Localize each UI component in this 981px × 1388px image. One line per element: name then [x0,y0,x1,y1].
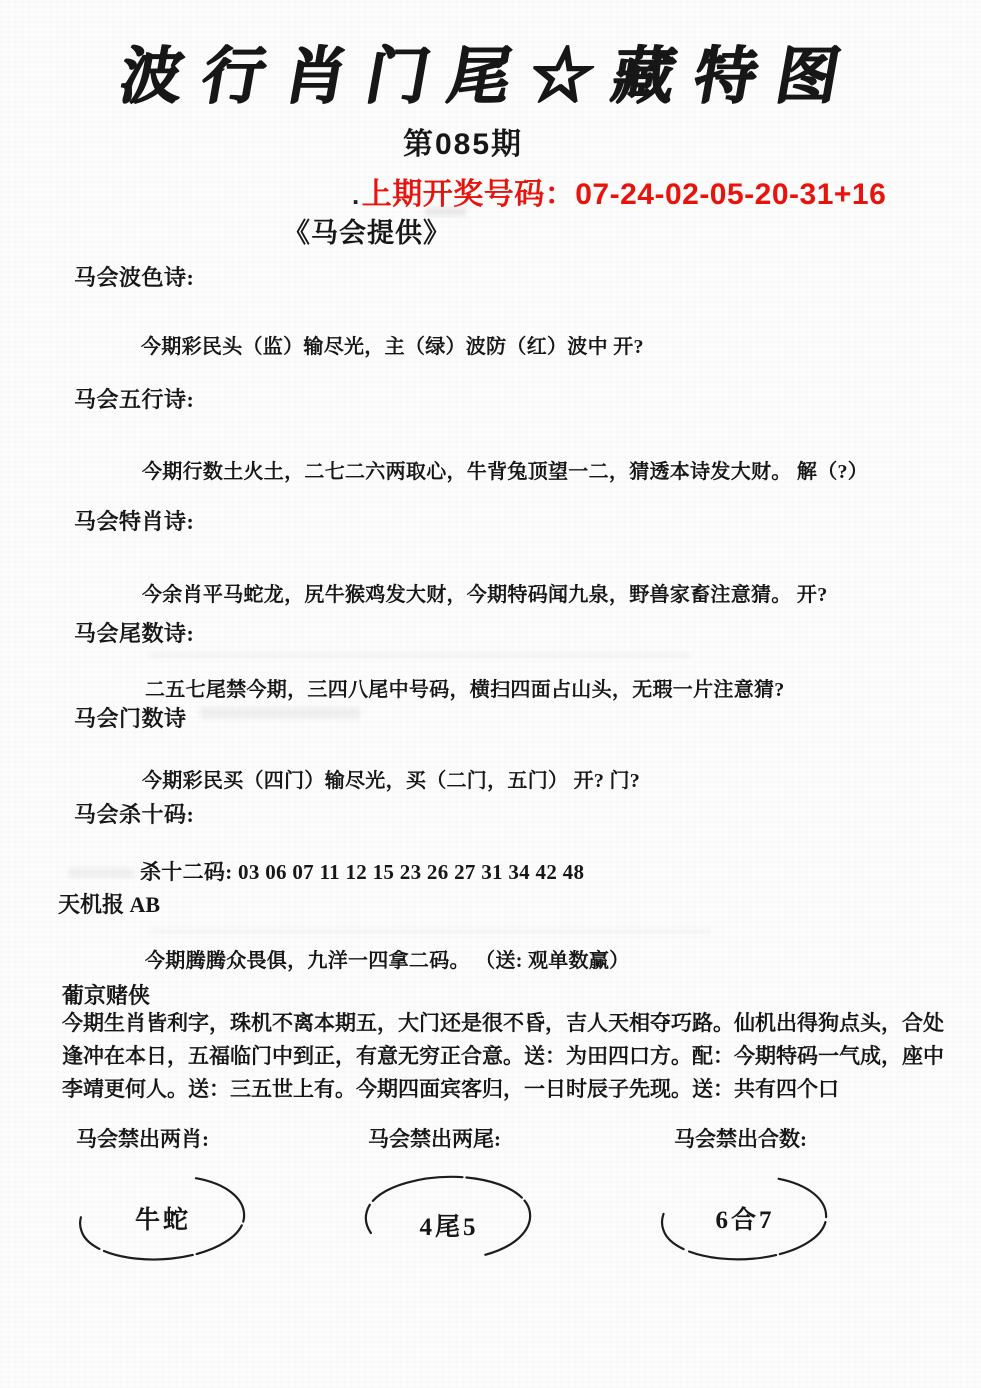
section-heading-bose: 马会波色诗: [74,261,194,292]
last-draw-numbers: 上期开奖号码：07-24-02-05-20-31+16 [362,178,887,211]
lottery-sheet-page: 波行肖门尾☆藏特图 第085期 .上期开奖号码：07-24-02-05-20-3… [0,0,981,1388]
forbidden-value-sum: 6合7 [652,1200,838,1236]
pujing-line: 逢冲在本日，五福临门中到正，有意无穷正合意。送：为田四口方。配：今期特码一气成，… [62,1040,944,1070]
scan-artifact [150,928,710,934]
forbidden-oval-sum: 6合7 [652,1172,838,1264]
scan-artifact [200,707,360,719]
section-verse-bose: 今期彩民头（监）输尽光，主（绿）波防（红）波中 开? [141,330,644,359]
forbidden-value-tails: 4尾5 [356,1207,542,1243]
provider-note: 《马会提供》 [283,211,451,250]
section-verse-wuxing: 今期行数土火土，二七二六两取心，牛背兔顶望一二，猜透本诗发大财。 解（?） [142,455,868,484]
forbidden-label-tails: 马会禁出两尾: [368,1123,501,1153]
tianji-heading: 天机报 AB [58,888,160,919]
forbidden-oval-zodiac: 牛蛇 [70,1172,256,1264]
scan-artifact [150,652,690,658]
last-draw-line: .上期开奖号码：07-24-02-05-20-31+16 [352,169,886,213]
pujing-line: 李靖更何人。送：三五世上有。今期四面宾客归，一日时辰子先现。送：共有四个口 [62,1073,839,1103]
page-title: 波行肖门尾☆藏特图 [0,26,981,115]
tianji-verse: 今期腾腾众畏俱，九洋一四拿二码。 （送: 观单数赢） [145,944,629,973]
pujing-line: 今期生肖皆利字，珠机不离本期五，大门还是很不昏，吉人天相夺巧路。仙机出得狗点头，… [62,1007,944,1037]
section-heading-weishu: 马会尾数诗: [74,617,194,648]
leading-dot: . [352,180,360,210]
section-heading-shashima: 马会杀十码: [74,798,194,829]
section-heading-wuxing: 马会五行诗: [74,383,194,414]
section-verse-texiao: 今余肖平马蛇龙，尻牛猴鸡发大财，今期特码闻九泉，野兽家畜注意猜。 开? [142,578,828,607]
kill-codes-line: 杀十二码: 03 06 07 11 12 15 23 26 27 31 34 4… [140,856,584,886]
section-heading-menshu: 马会门数诗 [74,702,187,733]
scan-artifact [68,868,134,878]
forbidden-label-sum: 马会禁出合数: [674,1123,807,1153]
forbidden-oval-tails: 4尾5 [356,1172,542,1264]
section-verse-menshu: 今期彩民买（四门）输尽光，买（二门，五门） 开? 门? [142,764,640,793]
section-verse-weishu: 二五七尾禁今期，三四八尾中号码，横扫四面占山头，无瑕一片注意猜? [145,673,785,702]
pujing-heading: 葡京赌侠 [62,979,150,1010]
section-heading-texiao: 马会特肖诗: [74,505,194,536]
issue-number: 第085期 [403,119,523,163]
forbidden-value-zodiac: 牛蛇 [70,1200,256,1236]
forbidden-label-zodiac: 马会禁出两肖: [76,1123,209,1153]
